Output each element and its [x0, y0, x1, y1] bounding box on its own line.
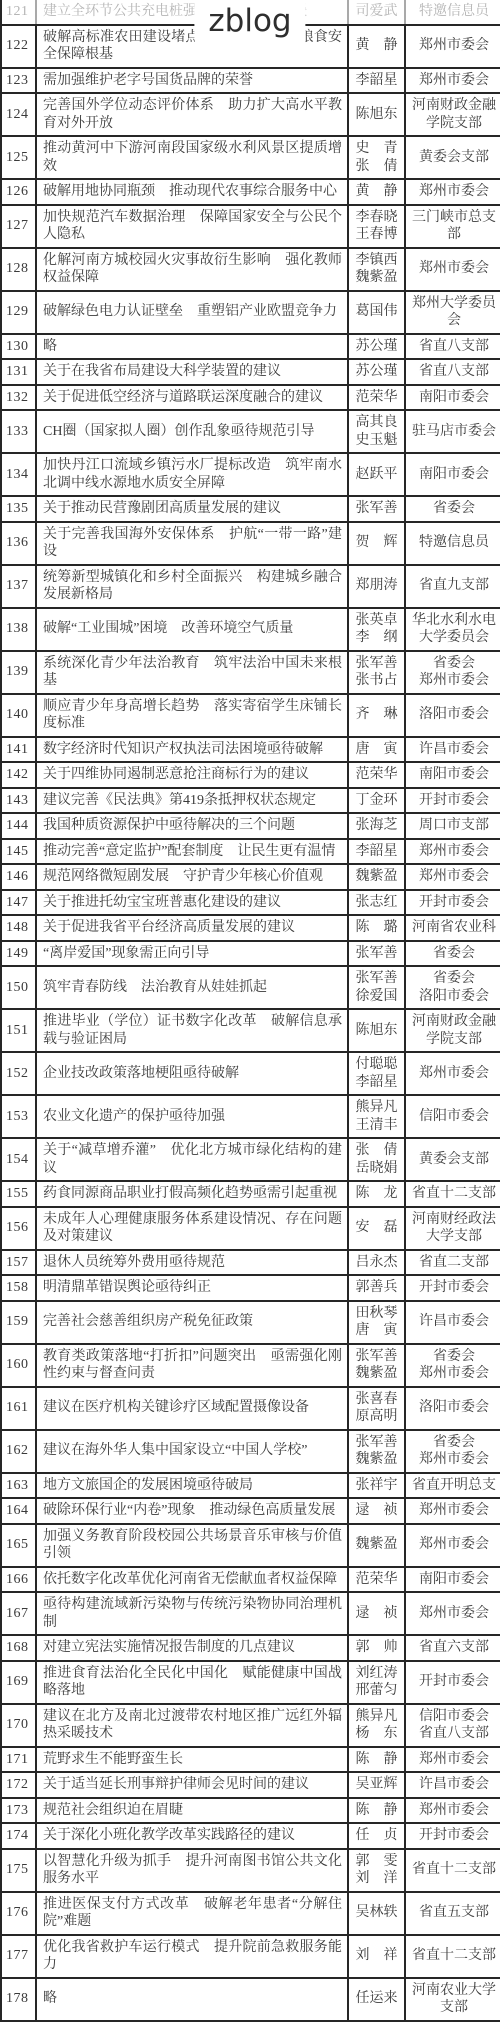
title-text: 破解“工业围城”困境 改善环境空气质量 [43, 620, 342, 638]
organization-line: 省委会 [408, 970, 500, 988]
proposer-name-line: 安 磊 [352, 1219, 401, 1237]
organization: 信阳市委会省直八支部 [406, 1705, 500, 1746]
row-number: 121 [2, 0, 37, 24]
organization-line: 郑州市委会 [408, 672, 500, 690]
proposal-title: 关于促进我省平台经济高质量发展的建议 [37, 916, 349, 940]
organization: 省委会郑州市委会 [406, 1345, 500, 1386]
table-row: 135 关于推动民营豫剧团高质量发展的建议 张军善 省委会 [2, 497, 500, 523]
title-text: 加快规范汽车数据治理 保障国家安全与公民个人隐私 [43, 209, 342, 244]
proposer-name-line: 王清丰 [352, 1117, 401, 1135]
organization: 南阳市委会 [406, 454, 500, 495]
organization: 省委会郑州市委会 [406, 652, 500, 693]
title-text: 加强义务教育阶段校园公共场景音乐审核与价值引领 [43, 1528, 342, 1563]
organization-line: 省直六支部 [408, 1639, 500, 1657]
row-number: 142 [2, 763, 37, 787]
proposer-name: 张 倩岳晓娟 [349, 1139, 406, 1180]
title-text: 关于促进我省平台经济高质量发展的建议 [43, 919, 342, 937]
organization: 郑州市委会 [406, 1525, 500, 1566]
proposer-name-line: 葛国伟 [352, 303, 401, 321]
organization-line: 黄委会支部 [408, 1151, 500, 1169]
proposal-title: 关于推进托幼宝宝班普惠化建设的建议 [37, 891, 349, 915]
title-text: 地方文旅国企的发展困境亟待破局 [43, 1477, 342, 1495]
proposer-name: 魏紫盈 [349, 1525, 406, 1566]
proposer-name-line: 逯 祯 [352, 1502, 401, 1520]
proposer-name-line: 史 青 [352, 140, 401, 158]
proposer-name: 范荣华 [349, 763, 406, 787]
organization-line: 黄委会支部 [408, 149, 500, 167]
proposer-name: 张军善张书占 [349, 652, 406, 693]
watermark: zblog [194, 0, 305, 44]
title-text: 关于推进托幼宝宝班普惠化建设的建议 [43, 894, 342, 912]
table-row: 160 教育类政策落地“打折扣”问题突出 亟需强化刚性约束与督查问责 张军善魏紫… [2, 1345, 500, 1388]
row-number: 165 [2, 1525, 37, 1566]
organization: 郑州市委会 [406, 180, 500, 204]
organization: 开封市委会 [406, 1276, 500, 1300]
proposer-name-line: 刘红涛 [352, 1665, 401, 1683]
organization-line: 许昌市委会 [408, 1313, 500, 1331]
proposal-title: 完善国外学位动态评价体系 助力扩大高水平教育对外开放 [37, 94, 349, 135]
proposer-name-line: 刘 祥 [352, 1947, 401, 1965]
proposal-title: 地方文旅国企的发展困境亟待破局 [37, 1474, 349, 1498]
proposal-title: 关于推动民营豫剧团高质量发展的建议 [37, 497, 349, 521]
organization: 开封市委会 [406, 789, 500, 813]
proposer-name-line: 唐 寅 [352, 1322, 401, 1340]
organization: 省直十二支部 [406, 1936, 500, 1977]
proposer-name: 付聪聪李韶星 [349, 1053, 406, 1094]
proposal-title: 建议完善《民法典》第419条抵押权状态规定 [37, 789, 349, 813]
organization-line: 河南财政金融学院支部 [408, 1013, 500, 1048]
proposer-name-line: 陈 静 [352, 1751, 401, 1769]
organization: 特邀信息员 [406, 523, 500, 564]
row-number: 178 [2, 1979, 37, 2020]
organization: 郑州市委会 [406, 69, 500, 93]
proposer-name-line: 张 倩 [352, 158, 401, 176]
proposer-name-line: 张军善 [352, 970, 401, 988]
table-row: 173 规范社会组织迫在眉睫 陈 静 郑州市委会 [2, 1799, 500, 1825]
row-number: 129 [2, 292, 37, 333]
organization: 许昌市委会 [406, 1302, 500, 1343]
proposer-name-line: 原高明 [352, 1408, 401, 1426]
proposer-name: 贺 辉 [349, 523, 406, 564]
title-text: 教育类政策落地“打折扣”问题突出 亟需强化刚性约束与督查问责 [43, 1348, 342, 1383]
proposer-name-line: 陈 璐 [352, 919, 401, 937]
proposer-name-line: 陈旭东 [352, 106, 401, 124]
organization: 河南农业大学支部 [406, 1979, 500, 2020]
proposer-name-line: 张军善 [352, 500, 401, 518]
row-number: 158 [2, 1276, 37, 1300]
proposer-name: 黄 静 [349, 26, 406, 67]
proposer-name: 吕永杰 [349, 1251, 406, 1275]
row-number: 143 [2, 789, 37, 813]
row-number: 161 [2, 1388, 37, 1429]
row-number: 128 [2, 249, 37, 290]
title-text: 完善社会慈善组织房产税免征政策 [43, 1313, 342, 1331]
proposer-name-line: 范荣华 [352, 389, 401, 407]
title-text: 化解河南方城校园火灾事故衍生影响 强化教师权益保障 [43, 252, 342, 287]
proposal-title: 建议在医疗机构关键诊疗区域配置摄像设备 [37, 1388, 349, 1429]
row-number: 170 [2, 1705, 37, 1746]
table-row: 155 药食同源商品职业打假高频化趋势亟需引起重视 陈 龙 省直十二支部 [2, 1182, 500, 1208]
proposal-title: 企业技改政策落地梗阻亟待破解 [37, 1053, 349, 1094]
organization-line: 郑州市委会 [408, 1065, 500, 1083]
organization-line: 郑州市委会 [408, 1536, 500, 1554]
proposal-title: 加快丹江口流域乡镇污水厂提标改造 筑牢南水北调中线水源地水质安全屏障 [37, 454, 349, 495]
table-row: 123 需加强维护老字号国货品牌的荣誉 李韶星 郑州市委会 [2, 69, 500, 95]
organization-line: 省直九支部 [408, 577, 500, 595]
proposer-name: 范荣华 [349, 1568, 406, 1592]
table-row: 140 顺应青少年身高增长趋势 落实寄宿学生床铺长度标准 齐 琳 洛阳市委会 [2, 695, 500, 738]
proposer-name-line: 陈 龙 [352, 1185, 401, 1203]
row-number: 172 [2, 1773, 37, 1797]
organization-line: 郑州市委会 [408, 1751, 500, 1769]
row-number: 171 [2, 1748, 37, 1772]
proposer-name: 李韶星 [349, 69, 406, 93]
proposer-name: 张军善魏紫盈 [349, 1345, 406, 1386]
row-number: 176 [2, 1893, 37, 1934]
organization: 许昌市委会 [406, 738, 500, 762]
proposer-name-line: 任运来 [352, 1990, 401, 2008]
title-text: 破除环保行业“内卷”现象 推动绿色高质量发展 [43, 1502, 342, 1520]
table-row: 161 建议在医疗机构关键诊疗区域配置摄像设备 张喜春原高明 洛阳市委会 [2, 1388, 500, 1431]
proposer-name: 唐 寅 [349, 738, 406, 762]
proposer-name-line: 田秋琴 [352, 1305, 401, 1323]
proposer-name: 赵跃平 [349, 454, 406, 495]
organization: 省委会洛阳市委会 [406, 967, 500, 1008]
organization-line: 许昌市委会 [408, 1776, 500, 1794]
title-text: 系统深化青少年法治教育 筑牢法治中国未来根基 [43, 655, 342, 690]
proposer-name-line: 吴亚辉 [352, 1776, 401, 1794]
organization: 郑州市委会 [406, 865, 500, 889]
proposer-name: 熊异凡王清丰 [349, 1096, 406, 1137]
proposal-title: 完善社会慈善组织房产税免征政策 [37, 1302, 349, 1343]
organization: 省直开明总支 [406, 1474, 500, 1498]
title-text: 筑牢青春防线 法治教育从娃娃抓起 [43, 979, 342, 997]
row-number: 139 [2, 652, 37, 693]
organization: 省直十二支部 [406, 1850, 500, 1891]
proposer-name-line: 苏公瑾 [352, 363, 401, 381]
proposal-title: 药食同源商品职业打假高频化趋势亟需引起重视 [37, 1182, 349, 1206]
organization: 南阳市委会 [406, 763, 500, 787]
row-number: 169 [2, 1662, 37, 1703]
proposer-name: 陈旭东 [349, 1010, 406, 1051]
title-text: 农业文化遗产的保护亟待加强 [43, 1108, 342, 1126]
proposal-title: 破解绿色电力认证壁垒 重塑铝产业欧盟竞争力 [37, 292, 349, 333]
table-row: 168 对建立宪法实施情况报告制度的几点建议 郭 帅 省直六支部 [2, 1636, 500, 1662]
proposer-name-line: 李韶星 [352, 72, 401, 90]
organization-line: 河南财政金融学院支部 [408, 97, 500, 132]
row-number: 157 [2, 1251, 37, 1275]
table-row: 178 略 任运来 河南农业大学支部 [2, 1979, 500, 2022]
organization: 省直十二支部 [406, 1182, 500, 1206]
title-text: 建议完善《民法典》第419条抵押权状态规定 [43, 792, 342, 810]
proposer-name: 郭 雯刘 洋 [349, 1850, 406, 1891]
table-row: 134 加快丹江口流域乡镇污水厂提标改造 筑牢南水北调中线水源地水质安全屏障 赵… [2, 454, 500, 497]
organization-line: 河南省农业科 [408, 919, 500, 937]
table-row: 148 关于促进我省平台经济高质量发展的建议 陈 璐 河南省农业科 [2, 916, 500, 942]
proposer-name: 张志红 [349, 891, 406, 915]
title-text: 关于适当延长刑事辩护律师会见时间的建议 [43, 1776, 342, 1794]
organization-line: 郑州市委会 [408, 1365, 500, 1383]
proposal-title: 荒野求生不能野蛮生长 [37, 1748, 349, 1772]
organization-line: 省直二支部 [408, 1254, 500, 1272]
proposer-name-line: 史玉魁 [352, 432, 401, 450]
table-row: 165 加强义务教育阶段校园公共场景音乐审核与价值引领 魏紫盈 郑州市委会 [2, 1525, 500, 1568]
title-text: 推进医保支付方式改革 破解老年患者“分解住院”难题 [43, 1896, 342, 1931]
organization: 河南财政金融学院支部 [406, 1010, 500, 1051]
organization: 省委会 [406, 942, 500, 966]
row-number: 164 [2, 1499, 37, 1523]
proposer-name-line: 魏紫盈 [352, 269, 401, 287]
organization-line: 开封市委会 [408, 894, 500, 912]
proposer-name: 张英卓李 纲 [349, 609, 406, 650]
proposer-name: 李春晓王春博 [349, 206, 406, 247]
proposer-name-line: 李韶星 [352, 1074, 401, 1092]
title-text: 依托数字化改革优化河南省无偿献血者权益保障 [43, 1571, 342, 1589]
proposal-title: 关于适当延长刑事辩护律师会见时间的建议 [37, 1773, 349, 1797]
organization-line: 省直开明总支 [408, 1477, 500, 1495]
proposal-title: 推进毕业（学位）证书数字化改革 破解信息承载与验证困局 [37, 1010, 349, 1051]
organization: 开封市委会 [406, 1662, 500, 1703]
row-number: 162 [2, 1431, 37, 1472]
table-row: 129 破解绿色电力认证壁垒 重塑铝产业欧盟竞争力 葛国伟 郑州大学委员会 [2, 292, 500, 335]
table-row: 170 建议在北方及南北过渡带农村地区推广远红外辐热采暖技术 熊异凡杨 东 信阳… [2, 1705, 500, 1748]
proposer-name: 逯 祯 [349, 1593, 406, 1634]
proposer-name: 史 青张 倩 [349, 137, 406, 178]
proposal-title: 破解“工业围城”困境 改善环境空气质量 [37, 609, 349, 650]
title-text: 企业技改政策落地梗阻亟待破解 [43, 1065, 342, 1083]
proposer-name-line: 魏紫盈 [352, 1536, 401, 1554]
proposer-name-line: 吕永杰 [352, 1254, 401, 1272]
row-number: 136 [2, 523, 37, 564]
proposal-title: CH圈（国家拟人圈）创作乱象亟待规范引导 [37, 411, 349, 452]
organization-line: 三门峡市总支部 [408, 209, 500, 244]
proposer-name-line: 张祥宇 [352, 1477, 401, 1495]
organization: 特邀信息员 [406, 0, 500, 24]
organization-line: 南阳市委会 [408, 389, 500, 407]
proposer-name: 熊异凡杨 东 [349, 1705, 406, 1746]
proposer-name: 陈 璐 [349, 916, 406, 940]
table-row: 124 完善国外学位动态评价体系 助力扩大高水平教育对外开放 陈旭东 河南财政金… [2, 94, 500, 137]
proposal-title: 顺应青少年身高增长趋势 落实寄宿学生床铺长度标准 [37, 695, 349, 736]
table-row: 136 关于完善我国海外安保体系 护航“一带一路”建设 贺 辉 特邀信息员 [2, 523, 500, 566]
proposer-name: 吴林轶 [349, 1893, 406, 1934]
organization-line: 郑州市委会 [408, 843, 500, 861]
row-number: 173 [2, 1799, 37, 1823]
organization-line: 华北水利水电大学委员会 [408, 612, 500, 647]
proposer-name-line: 赵跃平 [352, 466, 401, 484]
row-number: 132 [2, 386, 37, 410]
proposer-name-line: 李韶星 [352, 843, 401, 861]
proposer-name-line: 李春晓 [352, 209, 401, 227]
row-number: 122 [2, 26, 37, 67]
proposer-name-line: 陈旭东 [352, 1022, 401, 1040]
proposal-title: 推进食育法治化全民化中国化 赋能健康中国战略落地 [37, 1662, 349, 1703]
organization: 郑州市委会 [406, 26, 500, 67]
title-text: 关于促进低空经济与道路联运深度融合的建议 [43, 389, 342, 407]
proposal-title: 略 [37, 1979, 349, 2020]
proposer-name-line: 吴林轶 [352, 1904, 401, 1922]
proposer-name-line: 李镇西 [352, 252, 401, 270]
organization: 郑州市委会 [406, 1499, 500, 1523]
organization-line: 郑州市委会 [408, 37, 500, 55]
proposer-name-line: 黄 静 [352, 37, 401, 55]
organization: 河南财政金融学院支部 [406, 94, 500, 135]
organization-line: 开封市委会 [408, 1279, 500, 1297]
proposer-name-line: 刘 洋 [352, 1870, 401, 1888]
title-text: 关于深化小班化教学改革实践路径的建议 [43, 1827, 342, 1845]
organization-line: 省直十二支部 [408, 1947, 500, 1965]
row-number: 131 [2, 360, 37, 384]
proposer-name: 郭 帅 [349, 1636, 406, 1660]
title-text: 对建立宪法实施情况报告制度的几点建议 [43, 1639, 342, 1657]
proposer-name: 魏紫盈 [349, 865, 406, 889]
organization-line: 驻马店市委会 [408, 423, 500, 441]
proposer-name-line: 张喜春 [352, 1391, 401, 1409]
proposal-title: 推动完善“意定监护”配套制度 让民生更有温情 [37, 840, 349, 864]
proposal-title: 亟待构建流域新污染物与传统污染物协同治理机制 [37, 1593, 349, 1634]
proposal-title: 需加强维护老字号国货品牌的荣誉 [37, 69, 349, 93]
proposal-title: 退休人员统筹外费用亟待规范 [37, 1251, 349, 1275]
organization: 郑州市委会 [406, 1748, 500, 1772]
organization: 省直五支部 [406, 1893, 500, 1934]
proposer-name-line: 高其良 [352, 414, 401, 432]
proposer-name: 郭善兵 [349, 1276, 406, 1300]
title-text: 数字经济时代知识产权执法司法困境亟待破解 [43, 741, 342, 759]
proposer-name: 任运来 [349, 1979, 406, 2020]
proposal-title: 规范网络微短剧发展 守护青少年核心价值观 [37, 865, 349, 889]
proposer-name: 葛国伟 [349, 292, 406, 333]
organization-line: 南阳市委会 [408, 466, 500, 484]
proposer-name-line: 岳晓娟 [352, 1160, 401, 1178]
proposer-name: 逯 祯 [349, 1499, 406, 1523]
row-number: 155 [2, 1182, 37, 1206]
title-text: 完善国外学位动态评价体系 助力扩大高水平教育对外开放 [43, 97, 342, 132]
organization: 省直六支部 [406, 1636, 500, 1660]
table-row: 144 我国种质资源保护中亟待解决的三个问题 张海芝 周口市支部 [2, 814, 500, 840]
proposer-name-line: 郭 雯 [352, 1853, 401, 1871]
title-text: 建议在医疗机构关键诊疗区域配置摄像设备 [43, 1399, 342, 1417]
proposer-name: 苏公瑾 [349, 335, 406, 359]
row-number: 160 [2, 1345, 37, 1386]
row-number: 124 [2, 94, 37, 135]
organization: 华北水利水电大学委员会 [406, 609, 500, 650]
organization-line: 郑州市委会 [408, 1605, 500, 1623]
title-text: 规范网络微短剧发展 守护青少年核心价值观 [43, 868, 342, 886]
row-number: 168 [2, 1636, 37, 1660]
organization-line: 省直十二支部 [408, 1185, 500, 1203]
proposal-title: 对建立宪法实施情况报告制度的几点建议 [37, 1636, 349, 1660]
title-text: 破解用地协同瓶颈 推动现代农事综合服务中心 [43, 183, 342, 201]
table-row: 127 加快规范汽车数据治理 保障国家安全与公民个人隐私 李春晓王春博 三门峡市… [2, 206, 500, 249]
proposer-name-line: 张军善 [352, 655, 401, 673]
proposer-name-line: 张军善 [352, 1348, 401, 1366]
title-text: 建议在北方及南北过渡带农村地区推广远红外辐热采暖技术 [43, 1708, 342, 1743]
table-row: 171 荒野求生不能野蛮生长 陈 静 郑州市委会 [2, 1748, 500, 1774]
row-number: 140 [2, 695, 37, 736]
title-text: 加快丹江口流域乡镇污水厂提标改造 筑牢南水北调中线水源地水质安全屏障 [43, 457, 342, 492]
organization-line: 省直十二支部 [408, 1861, 500, 1879]
table-row: 142 关于四维协同遏制恶意抢注商标行为的建议 范荣华 南阳市委会 [2, 763, 500, 789]
organization: 郑州大学委员会 [406, 292, 500, 333]
table-row: 145 推动完善“意定监护”配套制度 让民生更有温情 李韶星 郑州市委会 [2, 840, 500, 866]
organization-line: 信阳市委会 [408, 1708, 500, 1726]
organization: 河南财经政法大学支部 [406, 1208, 500, 1249]
title-text: 顺应青少年身高增长趋势 落实寄宿学生床铺长度标准 [43, 698, 342, 733]
table-row: 131 关于在我省布局建设大科学装置的建议 苏公瑾 省直八支部 [2, 360, 500, 386]
organization-line: 特邀信息员 [408, 534, 500, 552]
title-text: 关于完善我国海外安保体系 护航“一带一路”建设 [43, 526, 342, 561]
proposer-name: 刘红涛邢蕾匀 [349, 1662, 406, 1703]
row-number: 127 [2, 206, 37, 247]
row-number: 156 [2, 1208, 37, 1249]
proposal-title: 推动黄河中下游河南段国家级水利风景区提质增效 [37, 137, 349, 178]
row-number: 147 [2, 891, 37, 915]
organization: 郑州市委会 [406, 1799, 500, 1823]
organization: 省委会 [406, 497, 500, 521]
row-number: 167 [2, 1593, 37, 1634]
title-text: 亟待构建流域新污染物与传统污染物协同治理机制 [43, 1596, 342, 1631]
table-row: 172 关于适当延长刑事辩护律师会见时间的建议 吴亚辉 许昌市委会 [2, 1773, 500, 1799]
organization: 三门峡市总支部 [406, 206, 500, 247]
proposal-title: 未成年人心理健康服务体系建设情况、存在问题及对策建议 [37, 1208, 349, 1249]
proposer-name: 李韶星 [349, 840, 406, 864]
proposal-title: 统筹新型城镇化和乡村全面振兴 构建城乡融合发展新格局 [37, 566, 349, 607]
table-row: 163 地方文旅国企的发展困境亟待破局 张祥宇 省直开明总支 [2, 1474, 500, 1500]
organization: 省直九支部 [406, 566, 500, 607]
table-row: 159 完善社会慈善组织房产税免征政策 田秋琴唐 寅 许昌市委会 [2, 1302, 500, 1345]
organization-line: 省直八支部 [408, 363, 500, 381]
title-text: 明清鼎革错误舆论亟待纠正 [43, 1279, 342, 1297]
proposal-title: 破解用地协同瓶颈 推动现代农事综合服务中心 [37, 180, 349, 204]
organization-line: 郑州市委会 [408, 183, 500, 201]
proposer-name-line: 郭善兵 [352, 1279, 401, 1297]
title-text: 统筹新型城镇化和乡村全面振兴 构建城乡融合发展新格局 [43, 569, 342, 604]
row-number: 123 [2, 69, 37, 93]
row-number: 125 [2, 137, 37, 178]
organization: 黄委会支部 [406, 1139, 500, 1180]
proposal-title: 关于“减草增乔灌” 优化北方城市绿化结构的建议 [37, 1139, 349, 1180]
proposer-name-line: 熊异凡 [352, 1099, 401, 1117]
organization-line: 郑州市委会 [408, 868, 500, 886]
proposal-title: 明清鼎革错误舆论亟待纠正 [37, 1276, 349, 1300]
organization-line: 郑州大学委员会 [408, 295, 500, 330]
title-text: CH圈（国家拟人圈）创作乱象亟待规范引导 [43, 423, 342, 441]
table-row: 133 CH圈（国家拟人圈）创作乱象亟待规范引导 高其良史玉魁 驻马店市委会 [2, 411, 500, 454]
proposal-title: “离岸爱国”现象需正向引导 [37, 942, 349, 966]
table-row: 156 未成年人心理健康服务体系建设情况、存在问题及对策建议 安 磊 河南财经政… [2, 1208, 500, 1251]
organization: 信阳市委会 [406, 1096, 500, 1137]
proposer-name: 李镇西魏紫盈 [349, 249, 406, 290]
table-row: 154 关于“减草增乔灌” 优化北方城市绿化结构的建议 张 倩岳晓娟 黄委会支部 [2, 1139, 500, 1182]
table-row: 146 规范网络微短剧发展 守护青少年核心价值观 魏紫盈 郑州市委会 [2, 865, 500, 891]
organization-line: 洛阳市委会 [408, 988, 500, 1006]
proposal-title: 破除环保行业“内卷”现象 推动绿色高质量发展 [37, 1499, 349, 1523]
table-row: 153 农业文化遗产的保护亟待加强 熊异凡王清丰 信阳市委会 [2, 1096, 500, 1139]
table-row: 157 退休人员统筹外费用亟待规范 吕永杰 省直二支部 [2, 1251, 500, 1277]
proposer-name-line: 齐 琳 [352, 706, 401, 724]
title-text: 略 [43, 1990, 342, 2008]
table-row: 132 关于促进低空经济与道路联运深度融合的建议 范荣华 南阳市委会 [2, 386, 500, 412]
proposal-title: 关于在我省布局建设大科学装置的建议 [37, 360, 349, 384]
proposer-name: 张军善魏紫盈 [349, 1431, 406, 1472]
row-number: 166 [2, 1568, 37, 1592]
proposer-name-line: 唐 寅 [352, 741, 401, 759]
proposer-name-line: 李 纲 [352, 629, 401, 647]
proposer-name: 刘 祥 [349, 1936, 406, 1977]
proposal-title: 关于促进低空经济与道路联运深度融合的建议 [37, 386, 349, 410]
title-text: 优化我省救护车运行模式 提升院前急救服务能力 [43, 1939, 342, 1974]
row-number: 144 [2, 814, 37, 838]
